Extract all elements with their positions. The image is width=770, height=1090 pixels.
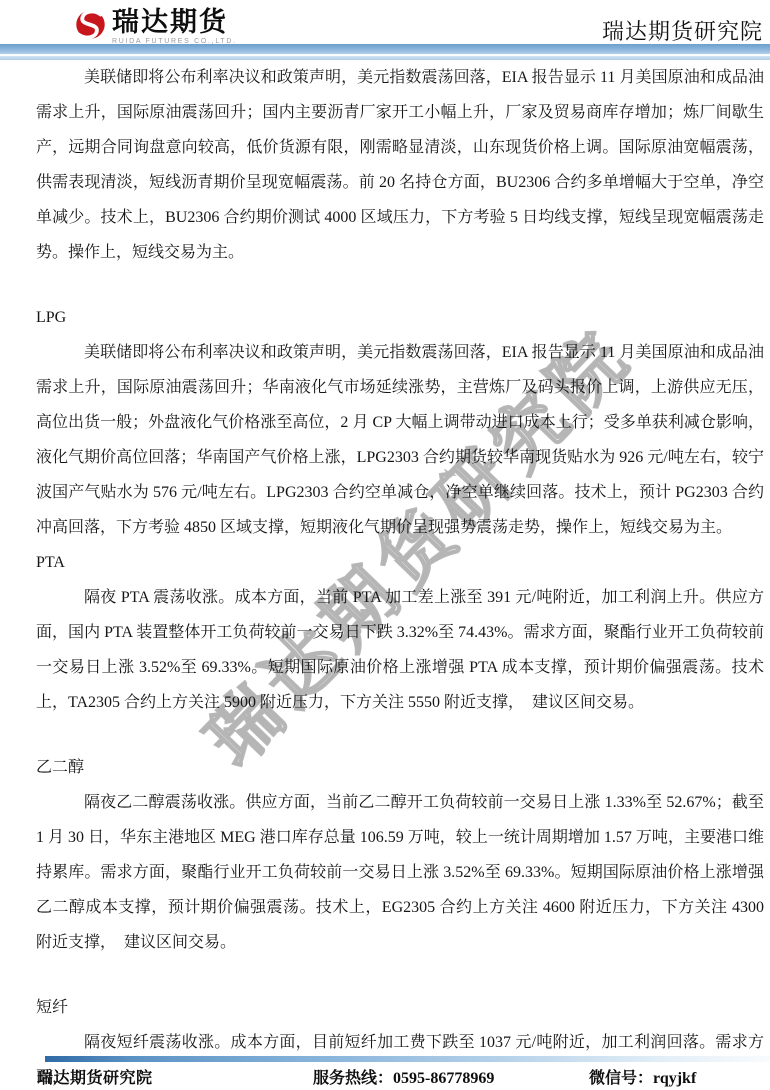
- section-heading: 乙二醇: [36, 750, 764, 785]
- section-pta: PTA 隔夜 PTA 震荡收涨。成本方面，当前 PTA 加工差上涨至 391 元…: [36, 545, 764, 720]
- section-spacer: [36, 720, 764, 750]
- report-body: 美联储即将公布利率决议和政策声明，美元指数震荡回落，EIA 报告显示 11 月美…: [36, 60, 764, 1090]
- header-divider-main-band: [0, 44, 770, 54]
- page-header: 瑞达期货 RUIDA FUTURES CO.,LTD. 瑞达期货研究院: [0, 0, 770, 44]
- ruida-swirl-icon: [74, 8, 107, 41]
- section-spacer: [36, 960, 764, 990]
- section-paragraph: 美联储即将公布利率决议和政策声明，美元指数震荡回落，EIA 报告显示 11 月美…: [36, 335, 764, 545]
- section-paragraph: 隔夜 PTA 震荡收涨。成本方面，当前 PTA 加工差上涨至 391 元/吨附近…: [36, 580, 764, 720]
- section-spacer: [36, 270, 764, 300]
- brand-text: 瑞达期货 RUIDA FUTURES CO.,LTD.: [112, 8, 237, 45]
- section-paragraph: 隔夜短纤震荡收涨。成本方面，目前短纤加工费下跌至 1037 元/吨附近，加工利润…: [36, 1025, 764, 1090]
- section-meg: 乙二醇 隔夜乙二醇震荡收涨。供应方面，当前乙二醇开工负荷较前一交易日上涨 1.3…: [36, 750, 764, 960]
- report-page: 瑞达期货 RUIDA FUTURES CO.,LTD. 瑞达期货研究院 瑞达期货…: [0, 0, 770, 1090]
- section-paragraph: 美联储即将公布利率决议和政策声明，美元指数震荡回落，EIA 报告显示 11 月美…: [36, 60, 764, 270]
- brand-name-cn: 瑞达期货: [112, 8, 237, 36]
- section-heading: PTA: [36, 545, 764, 580]
- header-divider: [0, 44, 770, 60]
- section-heading: 短纤: [36, 990, 764, 1025]
- institute-title: 瑞达期货研究院: [602, 15, 763, 46]
- section-staple-fiber: 短纤 隔夜短纤震荡收涨。成本方面，目前短纤加工费下跌至 1037 元/吨附近，加…: [36, 990, 764, 1090]
- section-lpg: LPG 美联储即将公布利率决议和政策声明，美元指数震荡回落，EIA 报告显示 1…: [36, 300, 764, 545]
- section-bitumen: 美联储即将公布利率决议和政策声明，美元指数震荡回落，EIA 报告显示 11 月美…: [36, 60, 764, 270]
- brand-logo: 瑞达期货 RUIDA FUTURES CO.,LTD.: [74, 8, 237, 45]
- section-paragraph: 隔夜乙二醇震荡收涨。供应方面，当前乙二醇开工负荷较前一交易日上涨 1.33%至 …: [36, 785, 764, 960]
- section-heading: LPG: [36, 300, 764, 335]
